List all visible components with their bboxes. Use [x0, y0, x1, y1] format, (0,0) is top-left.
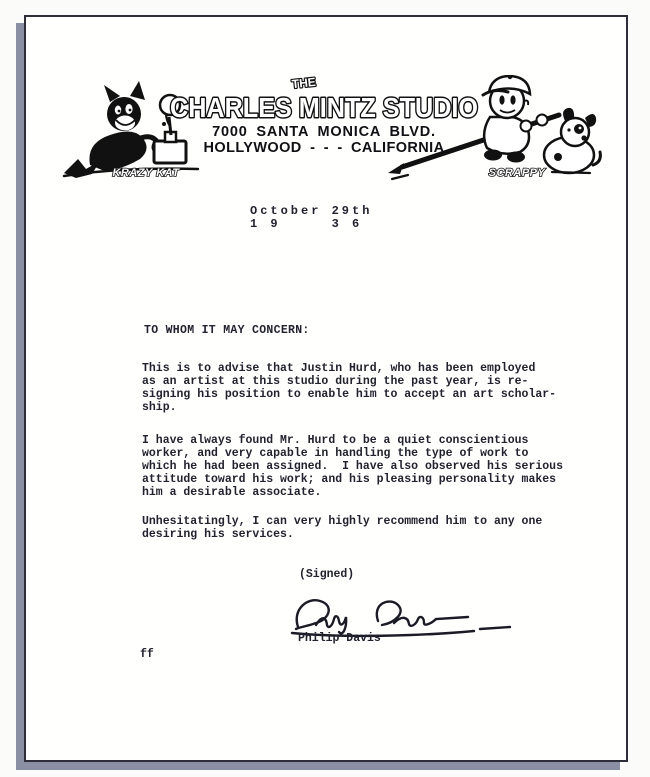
- letter-line: attitude toward his work; and his pleasi…: [142, 473, 563, 486]
- letter-line: Unhesitatingly, I can very highly recomm…: [142, 515, 542, 528]
- letter-line: desiring his services.: [142, 528, 542, 541]
- date-line-2: 1 9 3 6: [250, 218, 372, 231]
- letter-line: him a desirable associate.: [142, 486, 563, 499]
- letter-line: ship.: [142, 401, 556, 414]
- letter-line: signing his position to enable him to ac…: [142, 388, 556, 401]
- letter-line: as an artist at this studio during the p…: [142, 375, 556, 388]
- letter-page: KRAZY KAT: [24, 15, 628, 762]
- salutation: TO WHOM IT MAY CONCERN:: [144, 324, 310, 337]
- studio-title: THE CHARLES MINTZ STUDIO: [144, 73, 504, 125]
- letter-line: which he had been assigned. I have also …: [142, 460, 563, 473]
- signed-label: (Signed): [299, 568, 354, 581]
- letter-line: worker, and very capable in handling the…: [142, 447, 563, 460]
- studio-address-line-2: HOLLYWOOD - - - CALIFORNIA: [144, 140, 504, 156]
- studio-title-the: THE: [291, 75, 316, 91]
- letter-line: I have always found Mr. Hurd to be a qui…: [142, 434, 563, 447]
- paragraph-1: This is to advise that Justin Hurd, who …: [142, 362, 556, 414]
- studio-address-line-1: 7000 SANTA MONICA BLVD.: [144, 124, 504, 140]
- letter-line: This is to advise that Justin Hurd, who …: [142, 362, 556, 375]
- scrappy-label: SCRAPPY: [489, 167, 547, 179]
- krazy-kat-label: KRAZY KAT: [112, 167, 180, 179]
- studio-title-name: CHARLES MINTZ STUDIO: [170, 92, 478, 123]
- date-block: October 29th 1 9 3 6: [250, 205, 372, 231]
- typist-initials: ff: [140, 648, 154, 661]
- paragraph-3: Unhesitatingly, I can very highly recomm…: [142, 515, 542, 541]
- typed-signature-name: Philip Davis: [298, 632, 381, 645]
- letterhead: KRAZY KAT: [26, 17, 626, 202]
- paragraph-2: I have always found Mr. Hurd to be a qui…: [142, 434, 563, 499]
- scanned-letter-screenshot: { "colors": { "background": "#fbfbf9", "…: [0, 0, 650, 777]
